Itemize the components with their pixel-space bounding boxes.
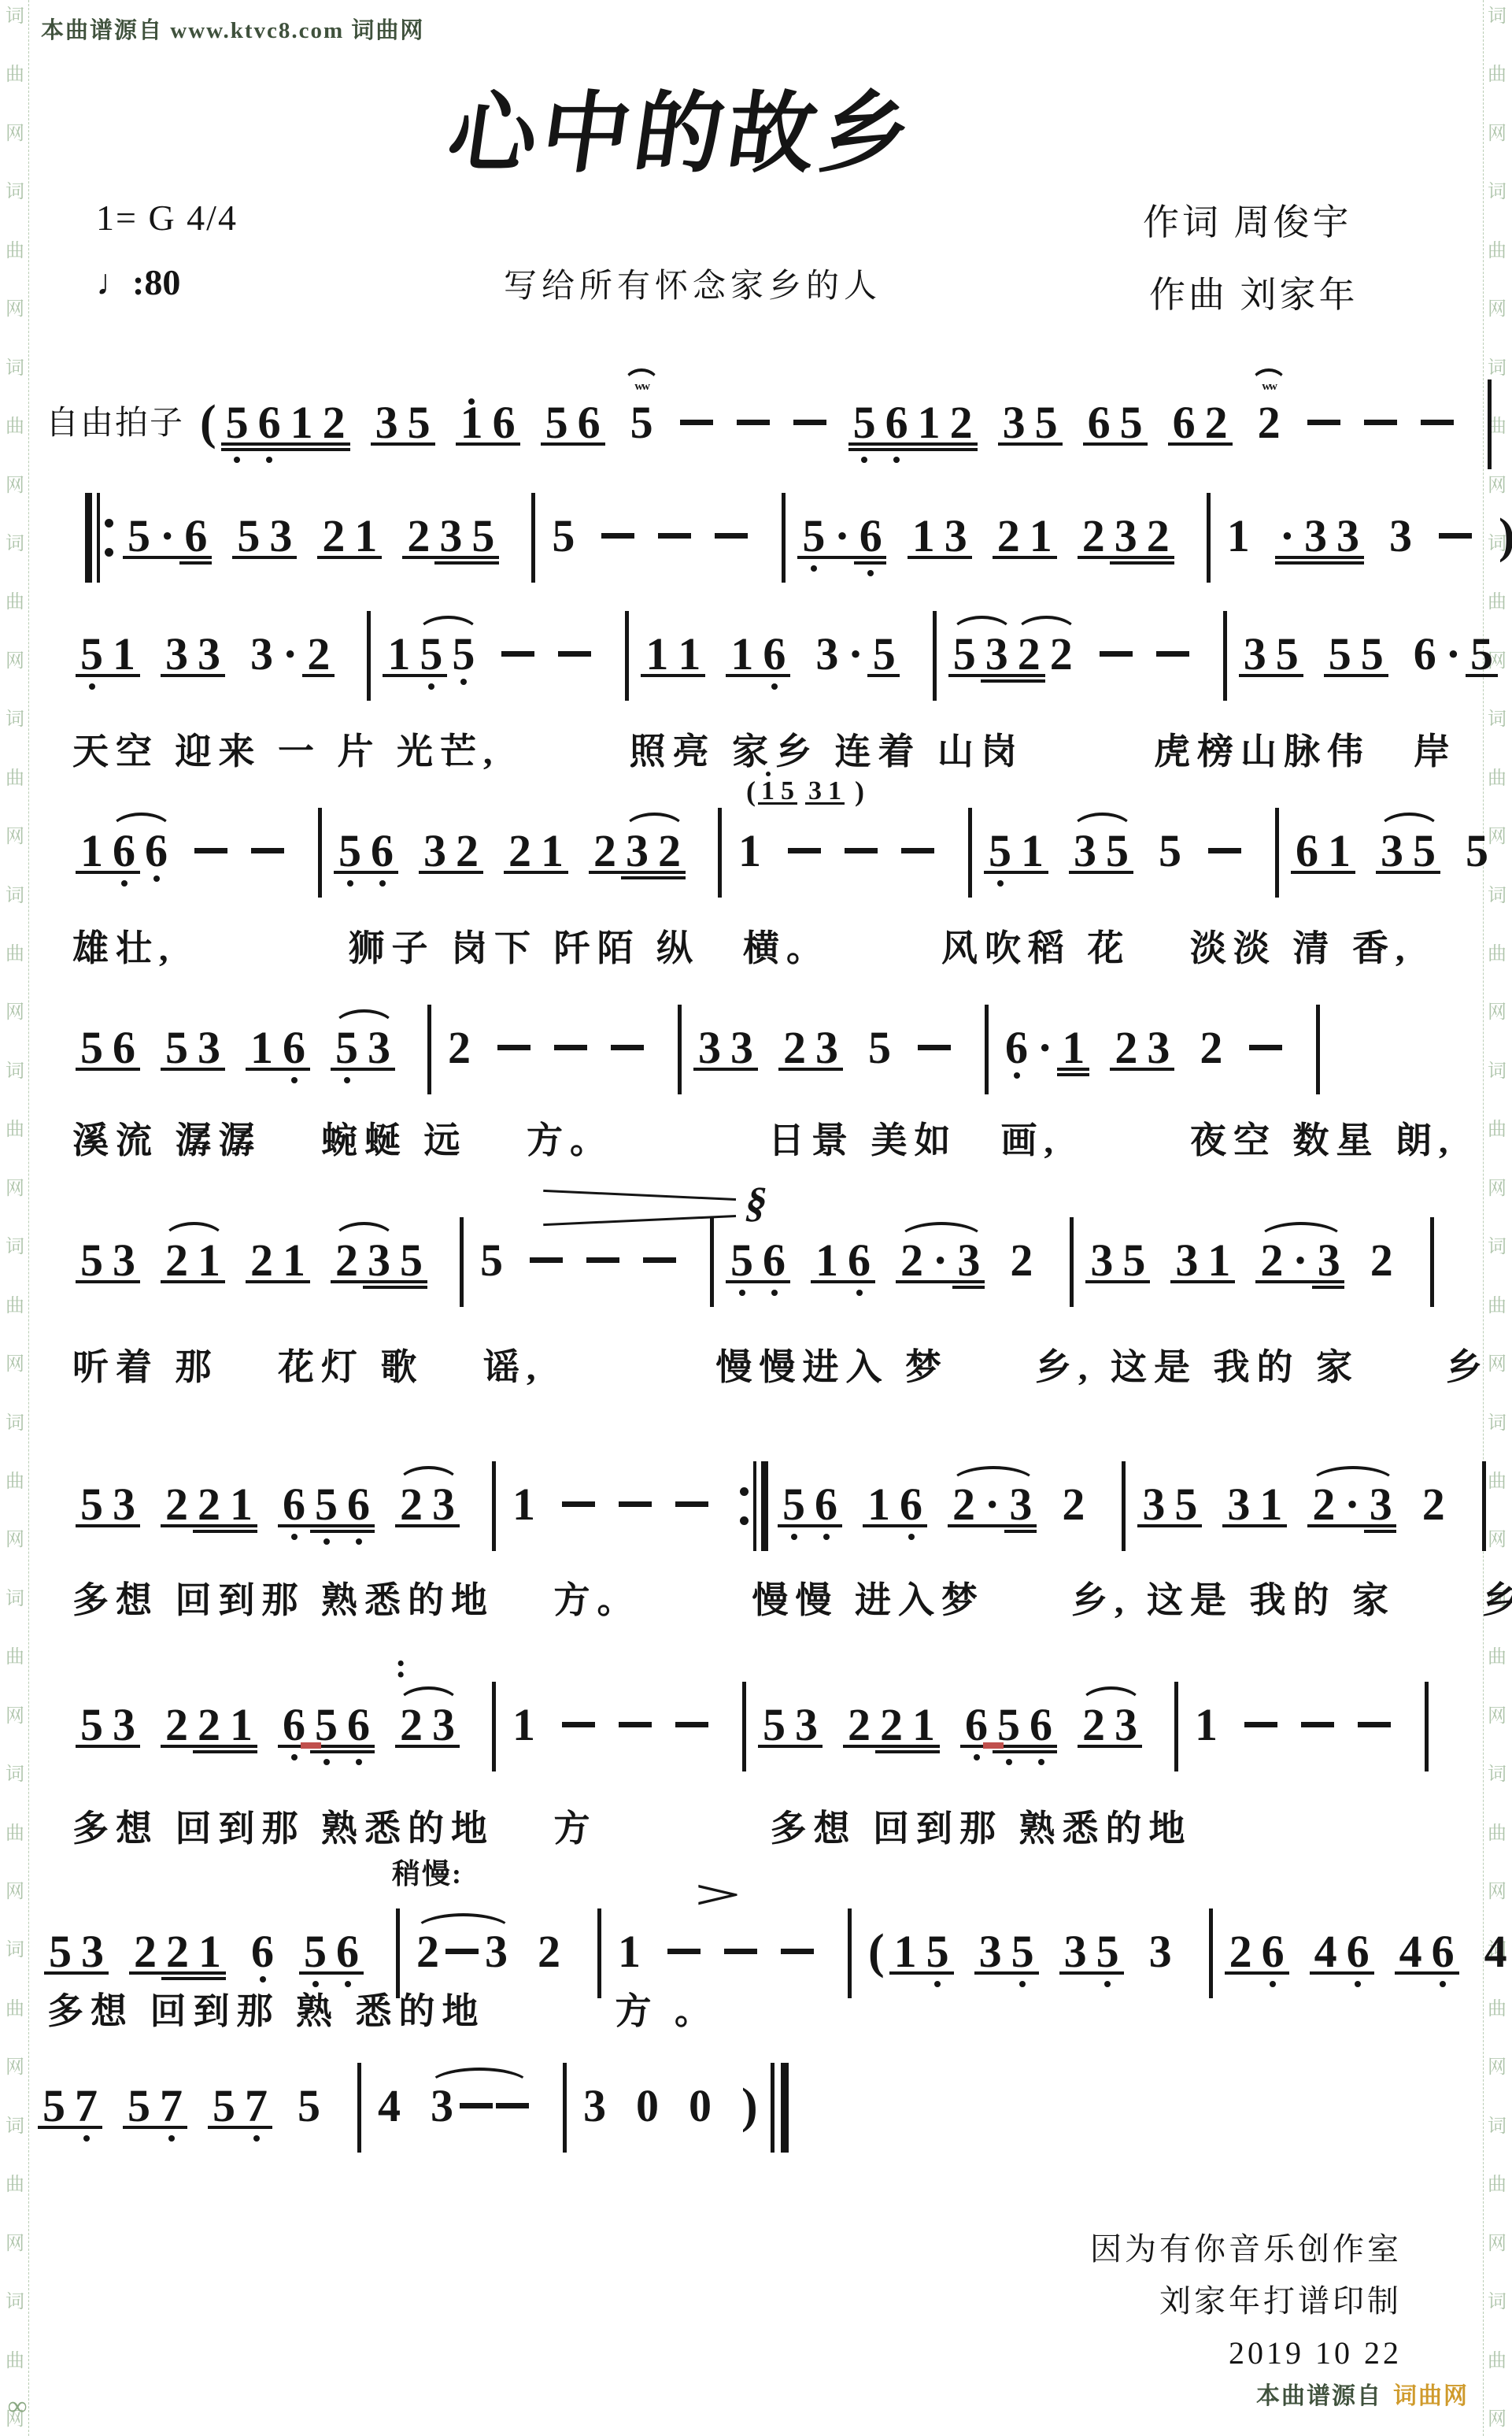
note-group: 1 [1190, 1701, 1222, 1749]
note: 3 [1085, 1236, 1118, 1285]
duration-dash [1243, 1701, 1279, 1749]
note: 2 [193, 1701, 225, 1749]
note: 3 [1332, 512, 1364, 561]
edge-watermark-char: 词 [2, 2116, 28, 2137]
low-octave-dot [1440, 1981, 1446, 1987]
dedication: 写给所有怀念家乡的人 [504, 260, 882, 307]
beam-underline [653, 876, 686, 879]
note: 6 [488, 398, 520, 447]
note-group: 35 [1376, 827, 1440, 876]
edge-watermark-char: 网 [2, 2057, 28, 2078]
note-group: 221 [161, 1701, 257, 1749]
note-group [674, 1701, 710, 1749]
beam-underline [1092, 1971, 1124, 1975]
beam-underline [621, 871, 653, 874]
beam-underline [974, 1971, 1007, 1975]
beam-underline [161, 1745, 193, 1748]
low-octave-dot [291, 1077, 298, 1083]
beam-underline [1340, 1524, 1364, 1527]
note: 3 [363, 1236, 395, 1285]
note-group [1306, 398, 1342, 447]
note: 5 [299, 1927, 331, 1976]
beam-underline [1255, 1280, 1288, 1283]
beam-underline [881, 448, 913, 451]
edge-watermark-char: 网 [1484, 476, 1510, 496]
slur-tie [397, 1686, 460, 1708]
song-title: 心中的故乡 [442, 63, 924, 190]
beam-underline [726, 1068, 758, 1071]
beam-underline [1332, 561, 1364, 565]
beam-underline [1059, 1971, 1092, 1975]
edge-watermark-char: 曲 [1484, 592, 1510, 613]
beam-underline [194, 1971, 226, 1975]
beam-underline [1307, 1524, 1340, 1527]
note: 5 [1118, 1236, 1150, 1285]
note: 2 [129, 1927, 161, 1976]
beam-underline [908, 556, 940, 559]
note: 3 [76, 1927, 109, 1976]
note: 3 [427, 1480, 460, 1529]
edge-watermark-char: 曲 [1484, 241, 1510, 261]
note: 6 [1342, 1927, 1374, 1976]
notation-glyph: ww [1251, 383, 1287, 391]
note: 2 [589, 827, 621, 876]
edge-watermark-char: 曲 [1484, 1999, 1510, 2020]
note: 1 [1323, 827, 1355, 876]
note: 3 [264, 512, 297, 561]
note: 1 [286, 398, 318, 447]
note-group [1207, 827, 1243, 876]
parenthesis: ) [1499, 512, 1512, 561]
red-mark [301, 1742, 321, 1749]
notation-line: 575757543300) [38, 2075, 797, 2131]
beam-underline [363, 1068, 395, 1071]
note-group: 4 [1480, 1927, 1512, 1976]
note: 5 [208, 2082, 240, 2131]
beam-underline [867, 674, 900, 677]
note-group: 21 [161, 1236, 225, 1285]
note: 2 [1307, 1480, 1340, 1529]
note: 1 [908, 1701, 940, 1749]
low-octave-dot [83, 2135, 90, 2142]
notation-line: 5·6532123555·613212321·333) [76, 505, 1512, 561]
note: 1 [1203, 1236, 1235, 1285]
note-group: 62 [1168, 398, 1233, 447]
note-group [843, 827, 879, 876]
note: 3 [1110, 512, 1142, 561]
edge-watermark-char: 词 [2, 886, 28, 906]
note: 1 [673, 630, 705, 679]
duration-dash [528, 1236, 564, 1285]
low-octave-dot [791, 1534, 797, 1540]
note: 5 [984, 827, 1016, 876]
edge-watermark-char: 曲 [2, 1120, 28, 1140]
note: 3 [193, 1024, 225, 1072]
note: 2 [193, 1480, 225, 1529]
note: 2 [948, 1480, 980, 1529]
note: 2 [1078, 1701, 1110, 1749]
beam-underline [1239, 674, 1271, 677]
duration-dash [1299, 1701, 1336, 1749]
tempo-marking: ♩:80 [96, 261, 180, 303]
note: 3 [161, 630, 193, 679]
annotation-colon: : [395, 1646, 407, 1686]
note-group: 35 [1059, 1927, 1124, 1976]
note: 3 [1222, 1480, 1255, 1529]
beam-underline [952, 1280, 985, 1283]
beam-underline [108, 674, 140, 677]
edge-watermark-char: 曲 [2, 592, 28, 613]
note: 6 [1257, 1927, 1289, 1976]
note: 3 [998, 398, 1030, 447]
note: 1 [194, 1927, 226, 1976]
note-group: 2·3 [896, 1236, 985, 1285]
beam-underline [1257, 1971, 1289, 1975]
edge-watermark-char: 词 [2, 358, 28, 379]
note: 2 [1142, 512, 1174, 561]
note: 6 [342, 1480, 375, 1529]
note: 3 [1137, 1480, 1170, 1529]
note: 5 [1408, 827, 1440, 876]
parenthesis: ( [868, 1927, 885, 1976]
duration-dash [1306, 398, 1342, 447]
note-group [528, 1236, 564, 1285]
note-group: 15 [758, 776, 797, 806]
beam-underline [1312, 1280, 1344, 1283]
parenthesis: ( [200, 398, 216, 447]
beam-underline [1083, 442, 1115, 446]
edge-watermark-char: 曲 [1484, 1120, 1510, 1140]
note: 6 [1168, 398, 1200, 447]
note: 1 [1190, 1701, 1222, 1749]
note-group: 55 [1324, 630, 1388, 679]
beam-underline [334, 871, 366, 874]
low-octave-dot [1019, 1981, 1026, 1987]
barline [357, 2063, 361, 2153]
note-group: 1 [1222, 512, 1255, 561]
note: 5 [948, 630, 981, 679]
note-group: 65 [1083, 398, 1148, 447]
edge-watermark-char: 网 [2, 1179, 28, 1199]
note: 5 [38, 2082, 70, 2131]
note: 5 [868, 630, 900, 679]
note: 1 [811, 1236, 843, 1285]
beam-underline [108, 1524, 140, 1527]
repeat-dot [740, 1487, 749, 1496]
edge-watermark-char: 网 [2, 124, 28, 144]
low-octave-dot [856, 1290, 863, 1296]
barline [1425, 1682, 1429, 1771]
duration-dash [553, 1024, 589, 1072]
note: 5 [1101, 827, 1133, 876]
barline [678, 1005, 682, 1094]
note: 5 [541, 398, 573, 447]
note: 2 [1225, 1927, 1257, 1976]
barline [985, 1005, 989, 1094]
note: 1 [889, 1927, 922, 1976]
note-group [713, 512, 749, 561]
note: 5 [76, 1480, 108, 1529]
note: 5ww [626, 398, 658, 447]
low-octave-dot [89, 683, 95, 690]
barline [492, 1682, 496, 1771]
note: 6 [108, 1024, 140, 1072]
note: 2 [875, 1701, 908, 1749]
beam-underline [825, 802, 845, 805]
beam-underline [981, 679, 1013, 683]
note-group: 4 [373, 2082, 405, 2131]
note-group: 16 [246, 1024, 310, 1072]
duration-dash [1098, 630, 1134, 679]
slur-tie [417, 616, 479, 637]
note: 3 [1142, 1024, 1174, 1072]
beam-underline [1110, 1068, 1142, 1071]
note: 5 [848, 398, 881, 447]
beam-underline [371, 442, 403, 446]
slur-tie [397, 1466, 460, 1487]
beam-underline [225, 1524, 257, 1527]
edge-watermark-char: 曲 [1484, 944, 1510, 964]
note-group: 3 [1384, 512, 1417, 561]
note-group [553, 1024, 589, 1072]
dot: · [278, 630, 302, 679]
note: 2 [451, 827, 483, 876]
low-octave-dot [739, 1290, 745, 1296]
annotation-segno: § [741, 1178, 772, 1227]
beam-underline [318, 442, 350, 446]
note: 1 [613, 1927, 645, 1976]
beam-underline [123, 2126, 155, 2129]
note: 1 [863, 1480, 895, 1529]
slur-tie [951, 616, 1013, 637]
beam-underline [1142, 556, 1174, 559]
beam-underline [790, 1745, 823, 1748]
note: 3 [974, 1927, 1007, 1976]
beam-underline [1408, 871, 1440, 874]
beam-underline [419, 871, 451, 874]
note-group: 5 [475, 1236, 508, 1285]
beam-underline [948, 674, 981, 677]
edge-watermark-char: 词 [1484, 182, 1510, 202]
beam-underline [621, 876, 653, 879]
low-octave-dot [1006, 1759, 1012, 1765]
duration-dash [494, 2082, 530, 2131]
edge-watermark-char: 网 [2, 1530, 28, 1550]
note: 5 [547, 512, 579, 561]
duration-dash [500, 630, 536, 679]
edge-watermark-char: 词 [2, 1237, 28, 1257]
beam-underline [848, 442, 881, 446]
beam-underline [1299, 561, 1332, 565]
beam-underline [194, 1977, 226, 1980]
footer-studio: 因为有你音乐创作室 [1090, 2223, 1402, 2275]
note: 5 [331, 1024, 363, 1072]
beam-underline [993, 556, 1025, 559]
note-group: 5612 [848, 398, 978, 447]
beam-underline [221, 442, 253, 446]
beam-underline [1137, 1524, 1170, 1527]
note: 6 [1427, 1927, 1459, 1976]
beam-underline [299, 1971, 331, 1975]
beam-underline [179, 556, 212, 559]
note: 2 [395, 1701, 427, 1749]
notation-glyph [543, 1215, 736, 1226]
note: 2 [302, 630, 335, 679]
note: 2ww [1253, 398, 1285, 447]
note: 6 [253, 398, 286, 447]
beam-underline [108, 1745, 140, 1748]
beam-underline [881, 442, 913, 446]
note: 3 [940, 512, 972, 561]
duration-dash [600, 512, 636, 561]
composer-credit: 作曲 刘家年 [1149, 266, 1359, 318]
note-group [674, 1480, 710, 1529]
low-octave-dot [771, 1290, 778, 1296]
note-group: 2 [1366, 1236, 1398, 1285]
beam-underline [1057, 1068, 1089, 1071]
note-group: 51 [76, 630, 140, 679]
note-group: 656 [278, 1480, 375, 1529]
beam-underline [342, 1530, 375, 1533]
beam-underline [998, 442, 1030, 446]
beam-underline [1013, 674, 1045, 677]
beam-underline [589, 871, 621, 874]
beam-underline [76, 1745, 108, 1748]
beam-underline [1118, 1280, 1150, 1283]
note-group: 15 [889, 1927, 954, 1976]
duration-dash [779, 1927, 815, 1976]
note: 2 [1110, 1024, 1142, 1072]
note-group [900, 827, 936, 876]
low-octave-dot [974, 1754, 980, 1760]
note: 2 [1195, 1024, 1227, 1072]
edge-watermark-char: 网 [2, 2234, 28, 2254]
footer-engraver: 刘家年打谱印制 [1159, 2275, 1402, 2327]
beam-underline [129, 1971, 161, 1975]
note: 6 [331, 1927, 364, 1976]
duration-dash [1356, 1701, 1392, 1749]
duration-dash [713, 512, 749, 561]
note-group [585, 1236, 621, 1285]
beam-underline [889, 1971, 922, 1975]
note: 3 [693, 1024, 726, 1072]
edge-watermark-char: 曲 [1484, 2351, 1510, 2371]
note: 6 [758, 1236, 790, 1285]
beam-underline [778, 802, 797, 805]
note-group [1356, 1701, 1392, 1749]
note-group [786, 827, 823, 876]
note-group: 5 [1461, 827, 1493, 876]
duration-dash [900, 827, 936, 876]
note: 6 [179, 512, 212, 561]
beam-underline [193, 1280, 225, 1283]
note-group [560, 1701, 597, 1749]
beam-underline [1203, 1280, 1235, 1283]
note: 3 [621, 827, 653, 876]
beam-underline [641, 674, 673, 677]
beam-underline [342, 1745, 375, 1748]
beam-underline [253, 442, 286, 446]
beam-underline [310, 1530, 342, 1533]
high-octave-dot [766, 772, 771, 776]
note-group: 53 [76, 1236, 140, 1285]
notation-line: 565316532332356·1232 [76, 1017, 1332, 1072]
edge-watermark-char: 词 [1484, 1413, 1510, 1434]
bottom-watermark: 本曲谱源自词曲网 [1256, 2376, 1469, 2411]
note: 2 [246, 1236, 278, 1285]
beam-underline [1016, 871, 1048, 874]
note-group: 51 [984, 827, 1048, 876]
beam-underline [758, 1745, 790, 1748]
beam-underline [1466, 674, 1498, 677]
barline [1207, 493, 1211, 583]
low-octave-dot [234, 457, 240, 463]
note-group [193, 827, 229, 876]
beam-underline [253, 448, 286, 451]
note: 3 [480, 1927, 512, 1976]
note-group: 35 [998, 398, 1063, 447]
edge-watermark-char: 网 [1484, 2409, 1510, 2430]
beam-underline [155, 556, 179, 559]
beam-underline [76, 1068, 108, 1071]
note: 6 [246, 1927, 279, 1976]
note-group: 35 [1239, 630, 1303, 679]
beam-underline [896, 1280, 928, 1283]
beam-underline [1004, 1524, 1037, 1527]
note: 2 [317, 512, 349, 561]
beam-underline [913, 448, 945, 451]
note-group: 33 [161, 630, 225, 679]
notation-line: 5322165623153221656231 [76, 1694, 1440, 1749]
note: 1 [641, 630, 673, 679]
note-group: 221 [843, 1701, 940, 1749]
slur-tie [333, 1009, 395, 1031]
edge-watermark-char: 词 [2, 1061, 28, 1082]
beam-underline [1200, 442, 1233, 446]
edge-watermark-char: 词 [2, 534, 28, 554]
note: 2 [161, 1701, 193, 1749]
beam-underline [1110, 1745, 1142, 1748]
note: 3 [371, 398, 403, 447]
low-octave-dot [1038, 1759, 1044, 1765]
barline [1316, 1005, 1320, 1094]
note: 5 [797, 512, 830, 561]
edge-watermark-char: 曲 [1484, 1296, 1510, 1316]
beam-underline [302, 674, 335, 677]
barline [1488, 379, 1492, 469]
note: 1 [508, 1701, 540, 1749]
note-group: 31 [1222, 1480, 1287, 1529]
beam-underline [673, 674, 705, 677]
note: 6 [895, 1480, 927, 1529]
edge-watermark-char: 词 [2, 6, 28, 27]
note-group: 11 [641, 630, 705, 679]
note: 3 [434, 512, 467, 561]
low-octave-dot [908, 1534, 915, 1540]
low-octave-dot [291, 1754, 298, 1760]
beam-underline [1356, 674, 1388, 677]
note-group: 2 [1195, 1024, 1227, 1072]
repeat-dot [740, 1516, 749, 1525]
note-group: 13 [908, 512, 972, 561]
parenthesis: ) [855, 776, 864, 806]
note: 1 [913, 398, 945, 447]
note: 1 [456, 398, 488, 447]
note-group: 5·6 [797, 512, 886, 561]
beam-underline [573, 442, 605, 446]
edge-watermark-char: 词 [2, 1589, 28, 1609]
note-group: 2·3 [1255, 1236, 1344, 1285]
